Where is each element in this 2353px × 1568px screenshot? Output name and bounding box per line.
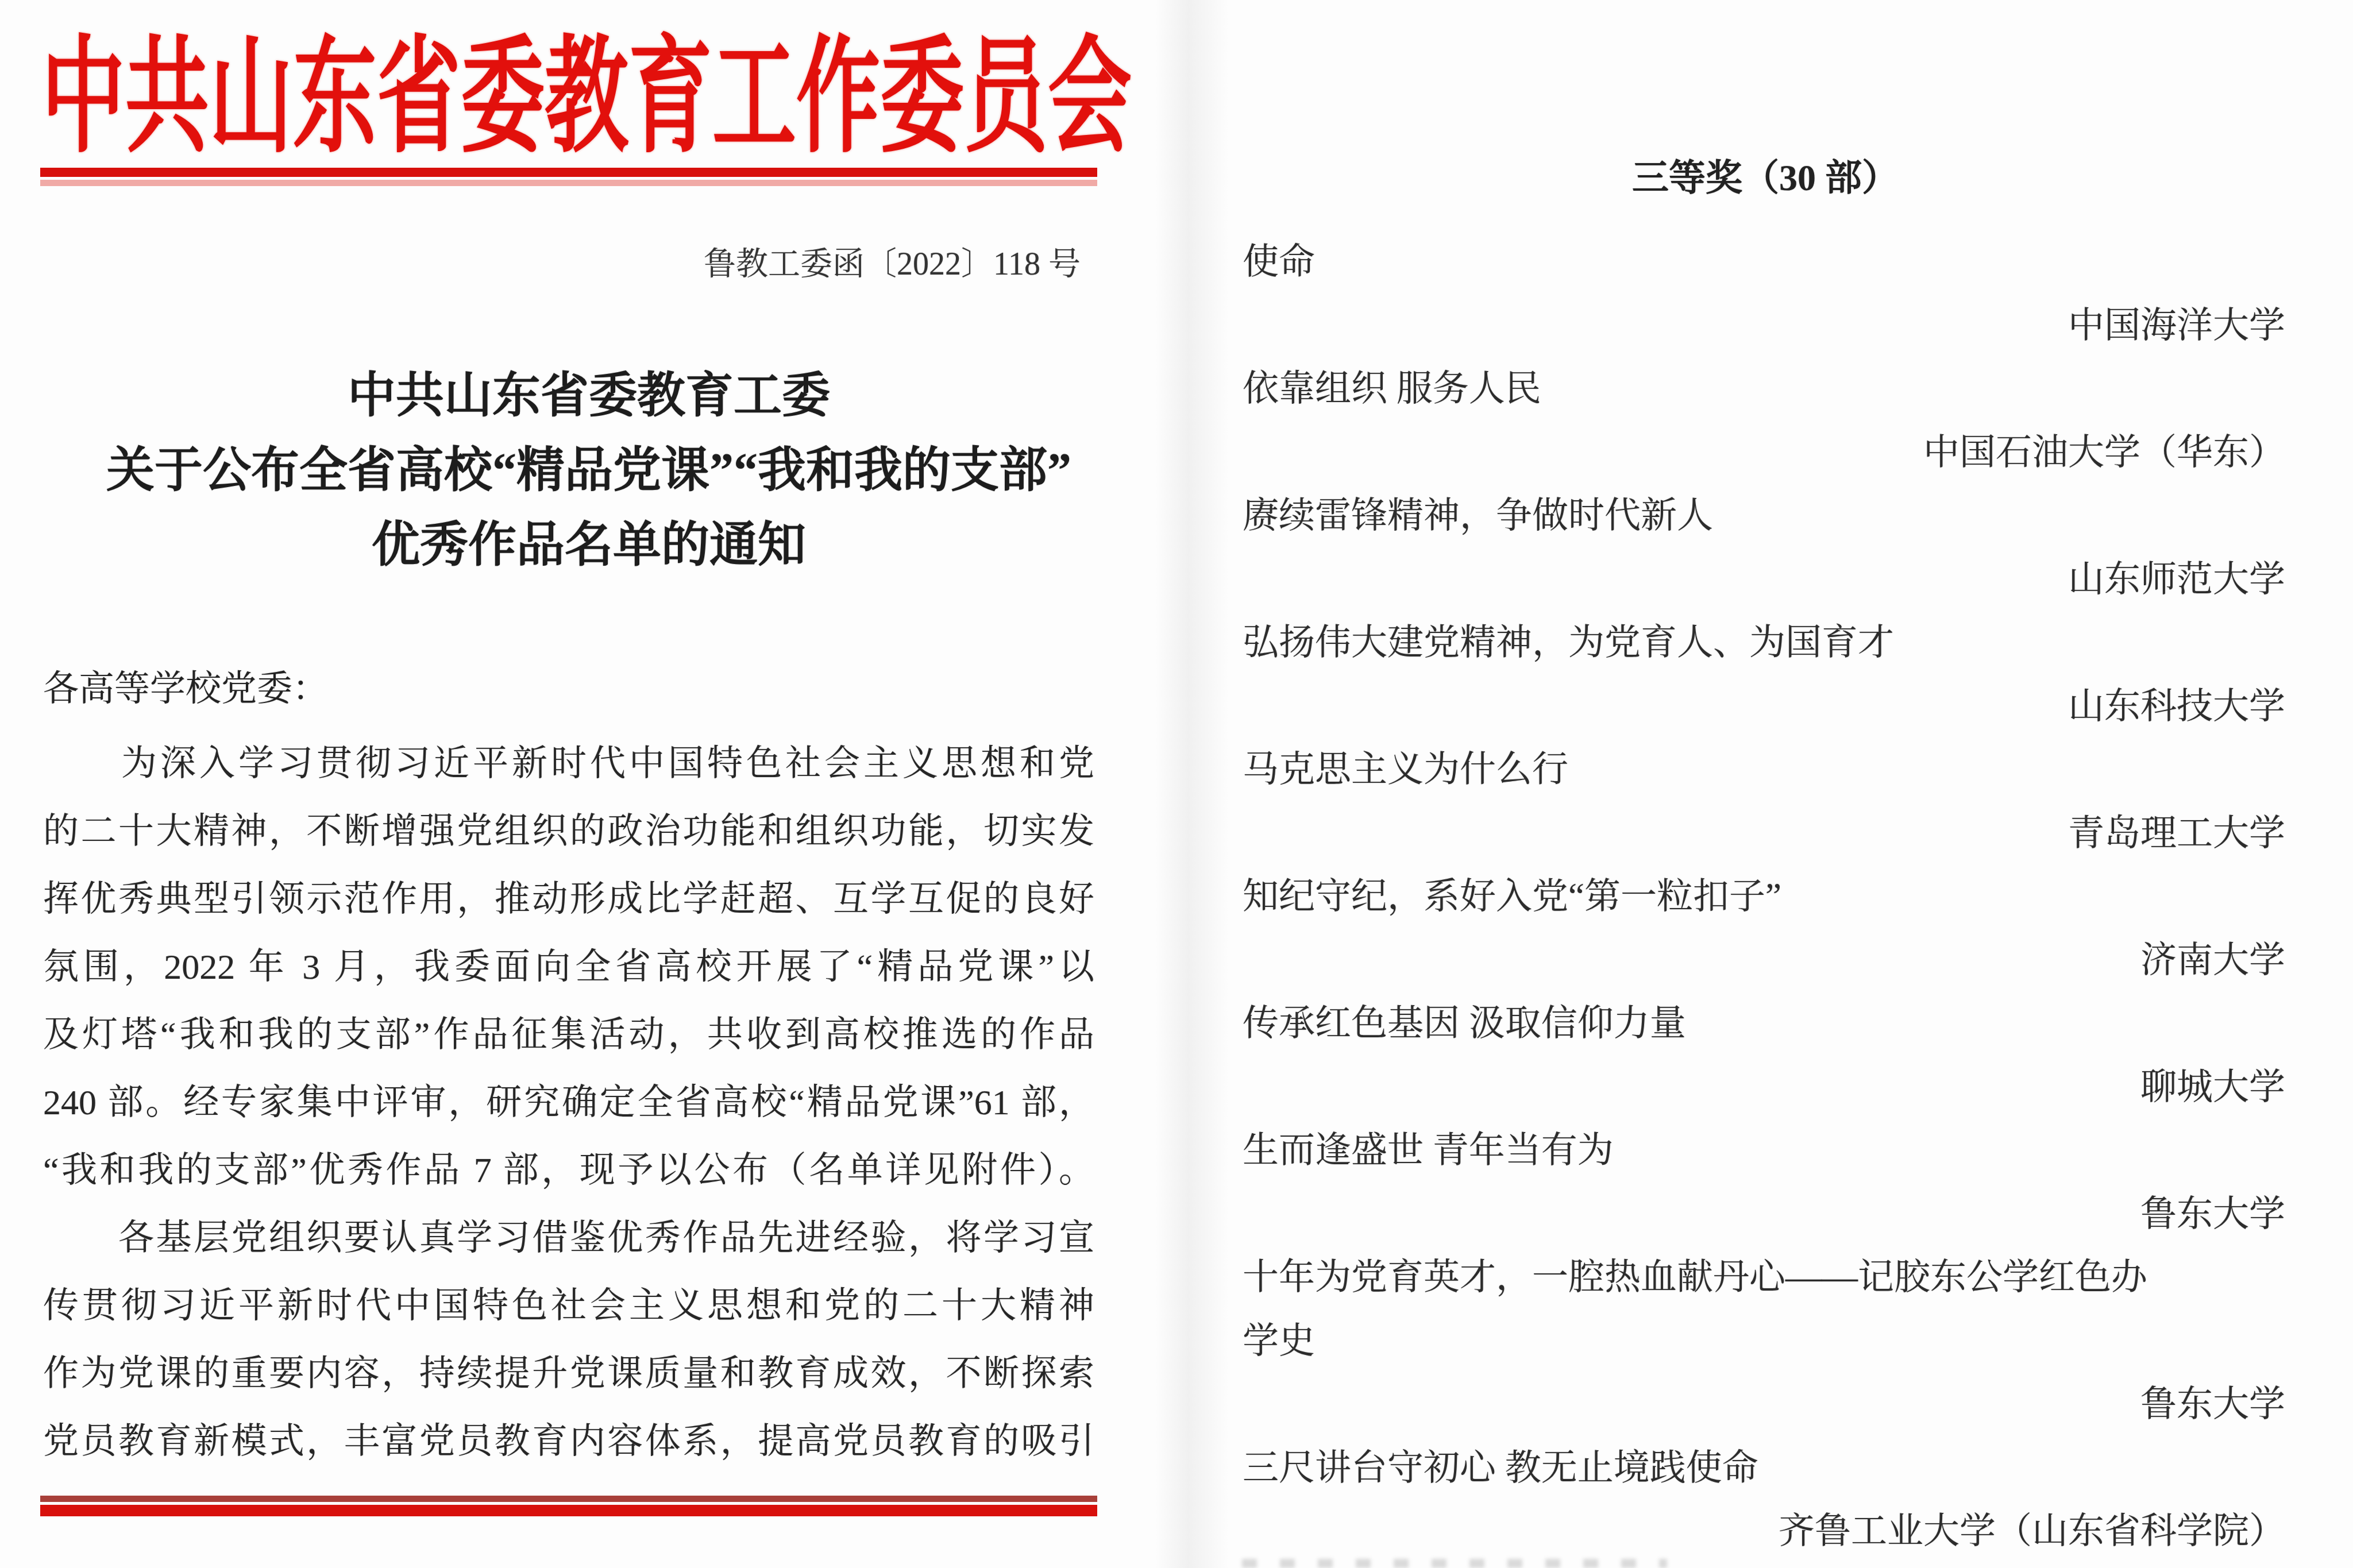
body-line: 为深入学习贯彻习近平新时代中国特色社会主义思想和党 (43, 746, 1094, 782)
scanned-document: 中共山东省委教育工作委员会 鲁教工委函〔2022〕118 号 中共山东省委教育工… (0, 0, 2353, 1568)
entry-title: 知纪守纪，系好入党“第一粒扣子” (1243, 878, 1781, 914)
entry-title: 学史 (1243, 1323, 1315, 1359)
entry-school: 济南大学 (2140, 942, 2285, 978)
body-line: 240 部。经专家集中评审，研究确定全省高校“精品党课”61 部， (43, 1085, 1094, 1121)
footer-rule-thin (40, 1496, 1097, 1502)
body-line: 及灯塔“我和我的支部”作品征集活动，共收到高校推选的作品 (43, 1017, 1094, 1053)
body-line: 作为党课的重要内容，持续提升党课质量和教育成效，不断探索 (43, 1356, 1094, 1392)
entry-title: 十年为党育英才，一腔热血献丹心——记胶东公学红色办 (1243, 1259, 2147, 1295)
title-line-3: 优秀作品名单的通知 (34, 508, 1143, 583)
title-line-1: 中共山东省委教育工委 (34, 359, 1143, 434)
entry-title: 马克思主义为什么行 (1243, 751, 1568, 787)
body-line: 挥优秀典型引领示范作用，推动形成比学赶超、互学互促的良好 (43, 882, 1094, 917)
entry-title: 传承红色基因 汲取信仰力量 (1243, 1005, 1686, 1041)
header-rule-thick (40, 168, 1097, 177)
document-number: 鲁教工委函〔2022〕118 号 (43, 247, 1081, 281)
entry-title: 三尺讲台守初心 教无止境践使命 (1243, 1450, 1758, 1486)
entry-school: 齐鲁工业大学（山东省科学院） (1779, 1513, 2285, 1549)
entry-school: 山东科技大学 (2068, 688, 2285, 724)
body-line: “我和我的支部”优秀作品 7 部，现予以公布（名单详见附件）。 (43, 1153, 1094, 1188)
entry-school: 聊城大学 (2140, 1069, 2285, 1105)
body-line: 的二十大精神，不断增强党组织的政治功能和组织功能，切实发 (43, 814, 1094, 849)
issuing-authority-header: 中共山东省委教育工作委员会 (41, 33, 1096, 163)
award-tier-heading: 三等奖（30 部） (1178, 160, 2353, 196)
cropped-line-remnant (1242, 1559, 1667, 1568)
entry-title: 使命 (1243, 244, 1315, 280)
body-line: 传贯彻习近平新时代中国特色社会主义思想和党的二十大精神 (43, 1288, 1094, 1324)
entry-school: 中国海洋大学 (2068, 307, 2285, 343)
body-line: 各基层党组织要认真学习借鉴优秀作品先进经验，将学习宣 (43, 1221, 1094, 1256)
award-list-page: 三等奖（30 部） 使命中国海洋大学依靠组织 服务人民中国石油大学（华东）赓续雷… (1178, 0, 2353, 1568)
entry-school: 鲁东大学 (2140, 1386, 2285, 1422)
footer-rule-thick (40, 1505, 1097, 1516)
document-title: 中共山东省委教育工委 关于公布全省高校“精品党课”“我和我的支部” 优秀作品名单… (34, 359, 1143, 583)
entry-title: 生而逢盛世 青年当有为 (1243, 1132, 1614, 1168)
entry-title: 弘扬伟大建党精神，为党育人、为国育才 (1243, 624, 1894, 661)
entry-school: 鲁东大学 (2140, 1196, 2285, 1232)
entry-school: 青岛理工大学 (2068, 815, 2285, 851)
entry-title: 依靠组织 服务人民 (1243, 370, 1541, 407)
body-line: 氛围，2022 年 3 月，我委面向全省高校开展了“精品党课”以 (43, 949, 1094, 985)
entry-school: 山东师范大学 (2068, 561, 2285, 597)
notice-page: 中共山东省委教育工作委员会 鲁教工委函〔2022〕118 号 中共山东省委教育工… (0, 0, 1178, 1568)
entry-school: 中国石油大学（华东） (1923, 434, 2285, 470)
entry-title: 赓续雷锋精神，争做时代新人 (1243, 497, 1713, 534)
salutation: 各高等学校党委： (43, 671, 328, 707)
title-line-2: 关于公布全省高校“精品党课”“我和我的支部” (34, 434, 1143, 508)
header-rule-thin (40, 180, 1097, 186)
body-line: 党员教育新模式，丰富党员教育内容体系，提高党员教育的吸引 (43, 1424, 1094, 1459)
